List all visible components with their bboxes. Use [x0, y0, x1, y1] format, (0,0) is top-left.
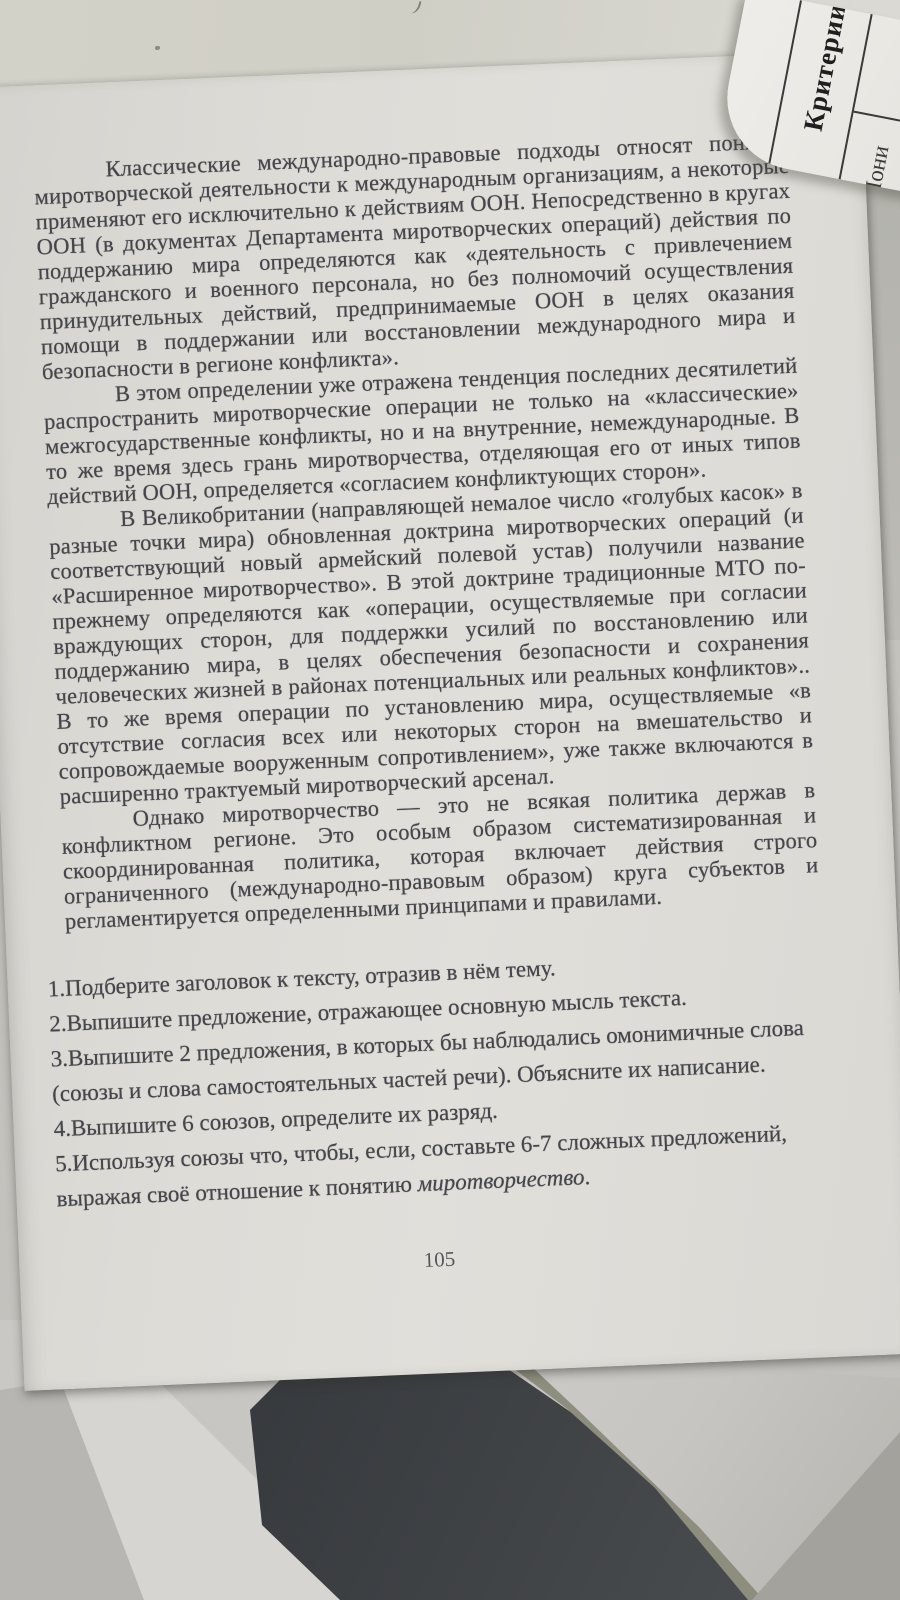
paragraph: В Великобритании (направляющей немалое ч… — [48, 477, 815, 808]
criteria-table-header-text: Критерии — [797, 0, 852, 133]
task-list: 1.Подберите заголовок к тексту, отразив … — [47, 939, 829, 1216]
page-number: 105 — [59, 1231, 819, 1288]
body-text: Классические международно-правовые подхо… — [33, 128, 820, 934]
photo-scene: Классические международно-правовые подхо… — [0, 0, 900, 1600]
task-item-text: . — [584, 1164, 591, 1189]
task-item-term: миротворчество — [417, 1164, 585, 1196]
paragraph: Классические международно-правовые подхо… — [33, 128, 797, 384]
document-page: Классические международно-правовые подхо… — [0, 51, 900, 1391]
criteria-table-cell-text: Пони — [859, 56, 900, 200]
